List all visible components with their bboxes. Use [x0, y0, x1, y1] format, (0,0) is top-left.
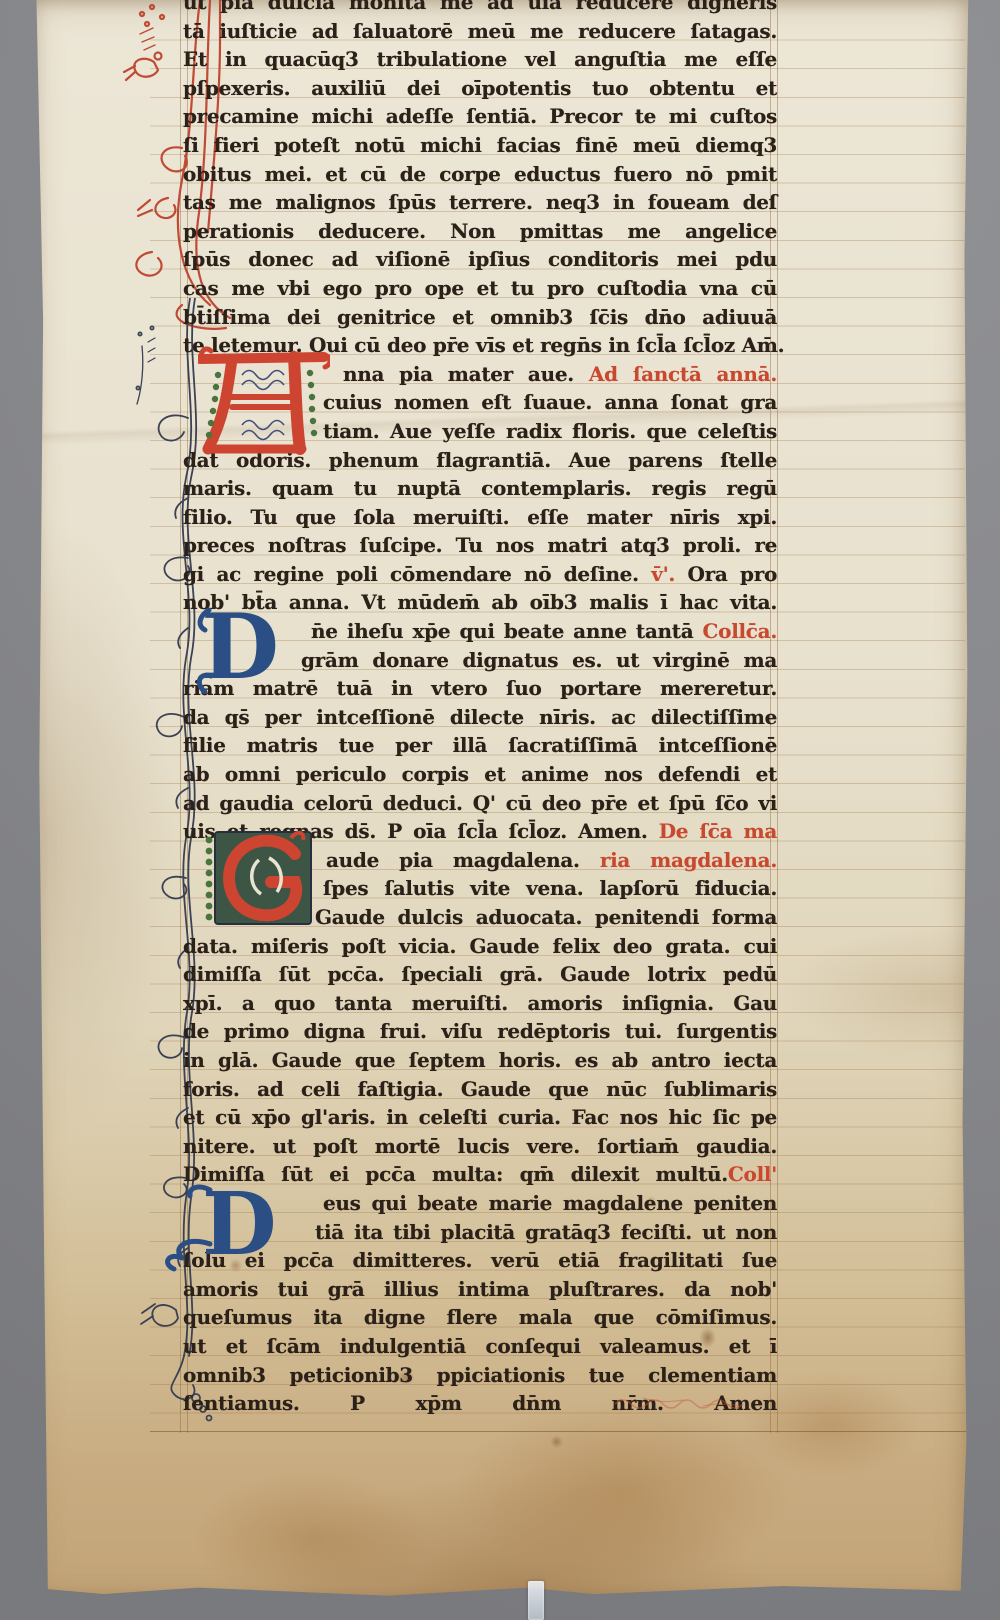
text-line: de primo digna frui. viſu redēptoris tui… — [183, 1017, 777, 1046]
text-line: obitus mei. et cū de corpe eductus fuero… — [183, 160, 777, 189]
text-segment: obitus mei. et cū de corpe eductus fuero… — [183, 162, 777, 186]
rubric-segment: Coll' — [728, 1162, 777, 1186]
text-segment: grām donare dignatus es. ut virginē ma — [301, 648, 777, 672]
photograph-of-manuscript-leaf: { "colors": { "background": "#8a8b8f", "… — [0, 0, 1000, 1620]
text-segment: tas me malignos ſpūs terrere. neq3 in fo… — [183, 190, 777, 214]
text-segment: eus qui beate marie magdalene peniten — [323, 1191, 777, 1215]
text-line: queſumus ita digne flere mala que cōmiſi… — [183, 1303, 777, 1332]
text-segment: ut pia dulcia monita me ad uiā reducere … — [183, 0, 777, 14]
text-line: tas me malignos ſpūs terrere. neq3 in fo… — [183, 188, 777, 217]
text-segment: Gaude dulcis aduocata. penitendi forma — [315, 905, 777, 929]
text-segment: Et in quacūq3 tribulatione vel anguſtia … — [183, 47, 777, 71]
text-line: in glā. Gaude que ſeptem horis. es ab an… — [183, 1046, 777, 1075]
text-segment: filio. Tu que ſola meruiſti. eſſe mater … — [183, 505, 777, 529]
text-segment: nna pia mater aue. — [343, 362, 574, 386]
mounting-tab — [528, 1581, 544, 1620]
rubric-segment: Collc̄a. — [703, 619, 777, 643]
text-line: gi ac regine poli cōmendare nō deſine. v… — [183, 560, 777, 589]
right-bounding-rule — [777, 0, 778, 1433]
text-line: data. miſeris poſt vicia. Gaude felix de… — [183, 932, 777, 961]
text-line: filio. Tu que ſola meruiſti. eſſe mater … — [183, 503, 777, 532]
text-line: ſentiamus. P xp̄m dn̄m nr̄m. Amen — [183, 1389, 777, 1418]
text-segment: tiā ita tibi placitā gratāq3 feciſti. ut… — [315, 1220, 777, 1244]
initial-letter: D — [202, 1176, 277, 1272]
text-line: tā iuſticie ad ſaluatorē meū me reducere… — [183, 17, 777, 46]
text-segment: maris. quam tu nuptā contemplaris. regis… — [183, 476, 777, 500]
text-segment: ſentiamus. P xp̄m dn̄m nr̄m. Amen — [183, 1391, 777, 1415]
rubric-segment: ria magdalena. — [600, 848, 777, 872]
initial-d-blue-2: D — [158, 1176, 308, 1272]
text-line: Et in quacūq3 tribulatione vel anguſtia … — [183, 45, 777, 74]
text-segment: ſpūs donec ad viſionē ipſius conditoris … — [183, 247, 777, 271]
text-segment: n̄e iheſu xp̄e qui beate anne tantā — [311, 619, 703, 643]
text-segment: amoris tui grā illius intima pluſtrares.… — [183, 1277, 777, 1301]
text-line: precamine michi adeſſe ſentiā. Precor te… — [183, 102, 777, 131]
text-line: bt̄iſſima dei genitrice et omnib3 ſc̄is … — [183, 303, 777, 332]
text-segment: ad gaudia celorū deduci. Q' cū deo pr̄e … — [183, 791, 777, 815]
text-segment: ſi fieri poteſt notū michi facias finē m… — [183, 133, 777, 157]
text-line: ad gaudia celorū deduci. Q' cū deo pr̄e … — [183, 789, 777, 818]
text-line: ſpūs donec ad viſionē ipſius conditoris … — [183, 245, 777, 274]
text-segment: da qs̄ per intceſſionē dilecte nīris. ac… — [183, 705, 777, 729]
text-line: perationis deducere. Non pmittas me ange… — [183, 217, 777, 246]
text-segment: nitere. ut poſt mortē lucis vere. ſortia… — [183, 1134, 777, 1158]
text-segment: bt̄iſſima dei genitrice et omnib3 ſc̄is … — [183, 305, 777, 329]
text-segment: tiam. Aue yeſſe radix floris. que celeſt… — [323, 419, 777, 443]
text-segment: in glā. Gaude que ſeptem horis. es ab an… — [183, 1048, 777, 1072]
text-segment: cuius nomen eſt ſuaue. anna ſonat gra — [323, 390, 777, 414]
text-segment: omnib3 peticionib3 ppiciationis tue clem… — [183, 1363, 777, 1387]
text-line: maris. quam tu nuptā contemplaris. regis… — [183, 474, 777, 503]
text-line: ut pia dulcia monita me ad uiā reducere … — [183, 0, 777, 17]
text-line: ut et ſcām indulgentiā conſequi valeamus… — [183, 1332, 777, 1361]
text-line: cas me vbi ego pro ope et tu pro cuſtodi… — [183, 274, 777, 303]
text-line: nitere. ut poſt mortē lucis vere. ſortia… — [183, 1132, 777, 1161]
text-segment: pſpexeris. auxiliū dei oīpotentis tuo ob… — [183, 76, 777, 100]
text-line: dimiſſa ſūt pcc̄a. ſpeciali grā. Gaude l… — [183, 960, 777, 989]
rubric-segment: De ſc̄a ma — [659, 819, 777, 843]
text-segment: precamine michi adeſſe ſentiā. Precor te… — [183, 104, 777, 128]
text-line: omnib3 peticionib3 ppiciationis tue clem… — [183, 1361, 777, 1390]
text-line: amoris tui grā illius intima pluſtrares.… — [183, 1275, 777, 1304]
text-line: ab omni periculo corpis et anime nos def… — [183, 760, 777, 789]
text-segment: xpī. a quo tanta meruiſti. amoris inſign… — [183, 991, 777, 1015]
text-line: filie matris tue per illā ſacratiſſimā i… — [183, 731, 777, 760]
text-line: da qs̄ per intceſſionē dilecte nīris. ac… — [183, 703, 777, 732]
text-segment: gi ac regine poli cōmendare nō deſine. — [183, 562, 651, 586]
text-segment: de primo digna frui. viſu redēptoris tui… — [183, 1019, 777, 1043]
bottom-rule — [150, 1431, 968, 1432]
initial-a — [198, 337, 330, 461]
text-segment: filie matris tue per illā ſacratiſſimā i… — [183, 733, 777, 757]
rubric-segment: v̄'. — [651, 562, 675, 586]
text-segment: data. miſeris poſt vicia. Gaude felix de… — [183, 934, 777, 958]
text-segment: cas me vbi ego pro ope et tu pro cuſtodi… — [183, 276, 777, 300]
text-segment: foris. ad celi faſtigia. Gaude que nūc ſ… — [183, 1077, 777, 1101]
text-line: xpī. a quo tanta meruiſti. amoris inſign… — [183, 989, 777, 1018]
text-segment: tā iuſticie ad ſaluatorē meū me reducere… — [183, 19, 777, 43]
text-segment: ab omni periculo corpis et anime nos def… — [183, 762, 777, 786]
text-line: ſi fieri poteſt notū michi facias finē m… — [183, 131, 777, 160]
initial-g — [203, 828, 318, 928]
rubric-segment: Ad ſanctā annā. — [574, 362, 777, 386]
text-segment: ut et ſcām indulgentiā conſequi valeamus… — [183, 1334, 777, 1358]
parchment-leaf: ut pia dulcia monita me ad uiā reducere … — [28, 0, 972, 1602]
text-line: preces noſtras ſuſcipe. Tu nos matri atq… — [183, 531, 777, 560]
text-line: foris. ad celi faſtigia. Gaude que nūc ſ… — [183, 1075, 777, 1104]
text-line: et cū xp̄o gl'aris. in celeſti curia. Fa… — [183, 1103, 777, 1132]
text-segment: preces noſtras ſuſcipe. Tu nos matri atq… — [183, 533, 777, 557]
text-segment: queſumus ita digne flere mala que cōmiſi… — [183, 1305, 777, 1329]
initial-letter: D — [201, 600, 279, 694]
text-segment: et cū xp̄o gl'aris. in celeſti curia. Fa… — [183, 1105, 777, 1129]
text-segment: perationis deducere. Non pmittas me ange… — [183, 219, 777, 243]
initial-d-blue-1: D — [193, 600, 298, 694]
text-segment: ſpes ſalutis vite vena. lapſorū fiducia. — [323, 876, 777, 900]
text-line: pſpexeris. auxiliū dei oīpotentis tuo ob… — [183, 74, 777, 103]
text-segment: aude pia magdalena. — [326, 848, 600, 872]
text-segment: dimiſſa ſūt pcc̄a. ſpeciali grā. Gaude l… — [183, 962, 777, 986]
text-segment: Ora pro — [675, 562, 777, 586]
